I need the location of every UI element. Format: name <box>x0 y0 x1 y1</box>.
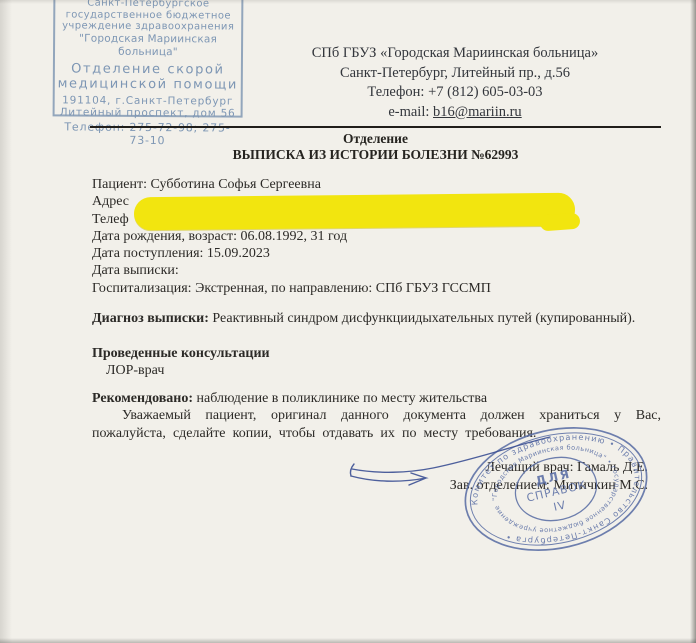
corner-stamp-line: медицинской помощи <box>55 76 241 92</box>
photo-edge-left <box>0 0 12 643</box>
org-name: СПб ГБУЗ «Городская Мариинская больница» <box>250 44 660 64</box>
phone-line: Телеф <box>92 211 129 228</box>
corner-stamp-line: 191104, г.Санкт-Петербург <box>55 94 241 107</box>
discharge-line: Дата выписки: <box>92 262 179 279</box>
recommendations-label: Рекомендовано: <box>92 391 193 406</box>
email-value: b16@mariin.ru <box>433 104 522 120</box>
admission-line: Дата поступления: 15.09.2023 <box>92 245 270 262</box>
consultations-heading: Проведенные консультации <box>92 345 270 362</box>
redaction-highlight <box>134 193 575 231</box>
recommendations-text: наблюдение в поликлинике по месту житель… <box>193 391 487 406</box>
corner-stamp-line: учреждение здравоохранения <box>55 20 241 33</box>
header-divider <box>90 126 661 128</box>
diagnosis-label: Диагноз выписки: <box>92 311 209 326</box>
title-block: Отделение ВЫПИСКА ИЗ ИСТОРИИ БОЛЕЗНИ №62… <box>90 131 661 162</box>
birth-line: Дата рождения, возраст: 06.08.1992, 31 г… <box>92 228 347 245</box>
photo-edge-right <box>690 0 696 643</box>
photo-edge-bottom <box>0 638 696 643</box>
org-header: СПб ГБУЗ «Городская Мариинская больница»… <box>250 44 660 122</box>
corner-stamp-line: "Городская Мариинская больница" <box>55 32 241 59</box>
department-line: Отделение <box>90 131 661 147</box>
recommendations-line: Рекомендовано: наблюдение в поликлинике … <box>92 390 487 407</box>
corner-stamp-line: Отделение скорой <box>55 61 241 77</box>
round-stamp-center-line3: IV <box>552 498 567 514</box>
hospitalization-line: Госпитализация: Экстренная, по направлен… <box>92 280 491 297</box>
org-email-line: e-mail: b16@mariin.ru <box>250 103 660 123</box>
corner-stamp-line: Литейный проспект, дом 56 <box>55 106 241 119</box>
org-phone: Телефон: +7 (812) 605-03-03 <box>250 83 660 103</box>
corner-stamp: Санкт-Петербургское государственное бюдж… <box>53 0 244 118</box>
org-address: Санкт-Петербург, Литейный пр., д.56 <box>250 64 660 84</box>
email-label: e-mail: <box>388 104 433 120</box>
consultation-item: ЛОР-врач <box>106 362 164 379</box>
pen-signature <box>338 424 568 494</box>
photo-edge-top <box>0 0 696 4</box>
diagnosis-line: Диагноз выписки: Реактивный синдром дисф… <box>92 310 635 327</box>
redaction-highlight-tail <box>539 213 580 232</box>
document-title: ВЫПИСКА ИЗ ИСТОРИИ БОЛЕЗНИ №62993 <box>90 147 661 163</box>
address-line: Адрес <box>92 193 129 210</box>
patient-line: Пациент: Субботина Софья Сергеевна <box>92 176 321 193</box>
diagnosis-text: Реактивный синдром дисфункциидыхательных… <box>209 311 635 326</box>
document-photo: Санкт-Петербургское государственное бюдж… <box>0 0 696 643</box>
